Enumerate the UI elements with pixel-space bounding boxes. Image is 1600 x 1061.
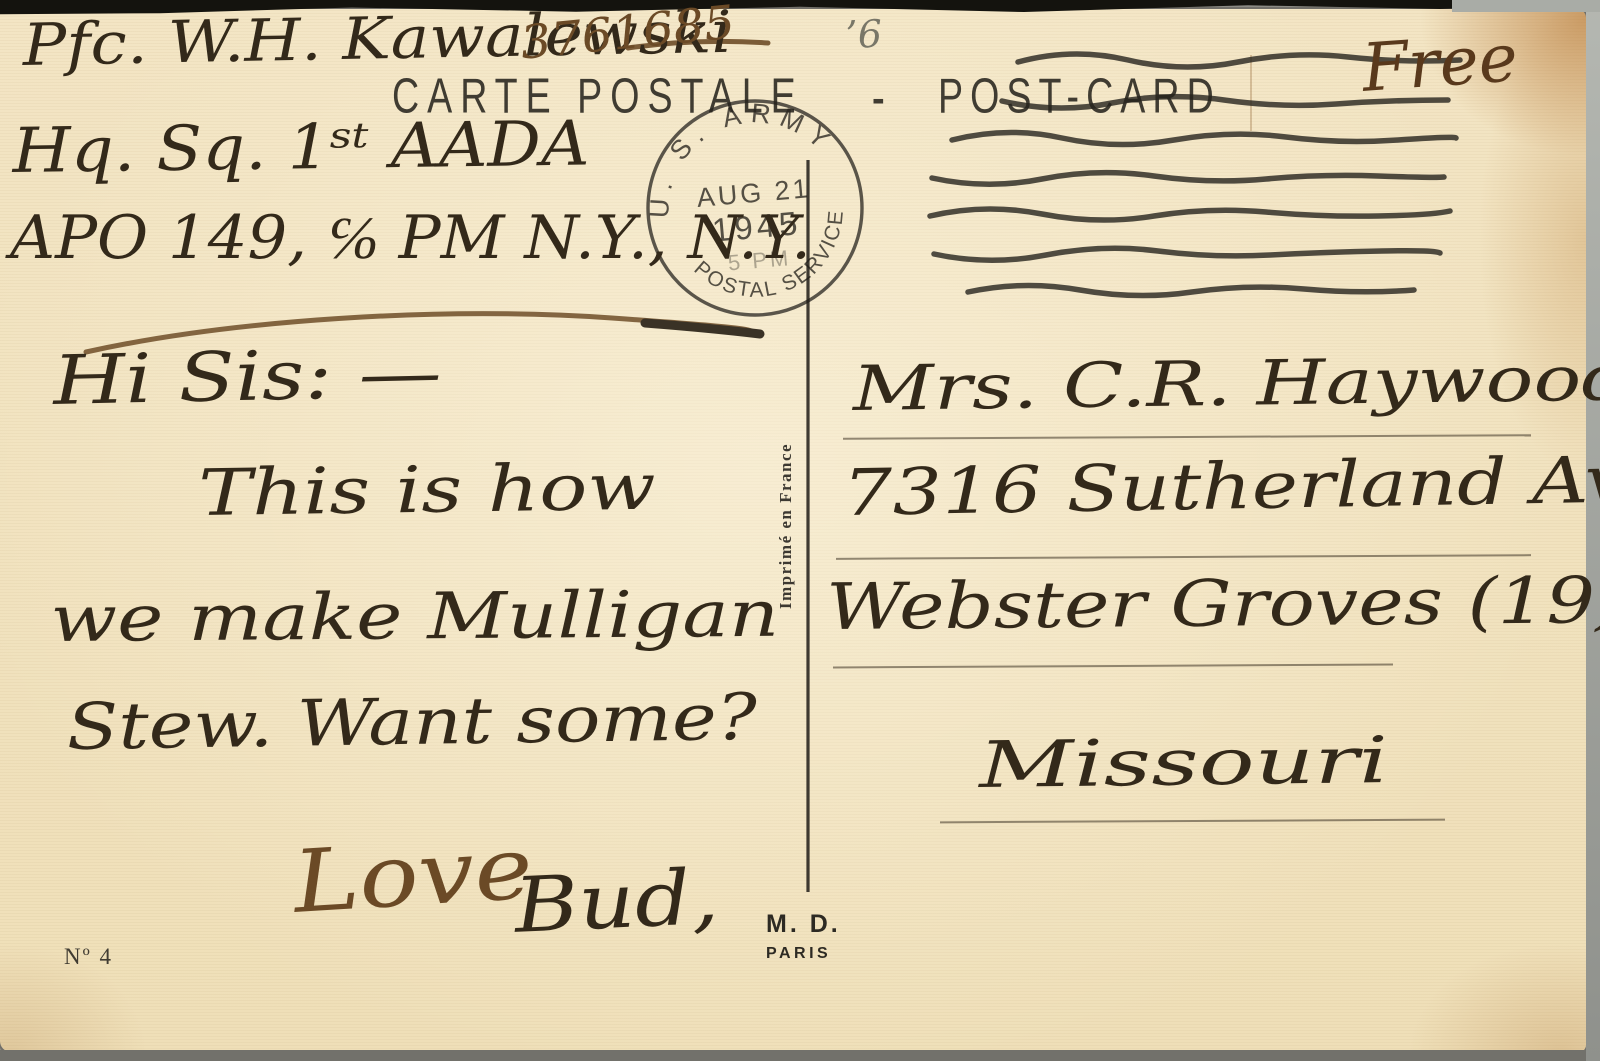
photo-edge-bottom — [0, 1050, 1586, 1061]
publisher-city-label: PARIS — [766, 945, 831, 963]
postcard-scan: CARTE POSTALE - POST-CARD Imprimé en Fra… — [0, 0, 1600, 1061]
recipient-street: 7316 Sutherland Ave — [842, 448, 1600, 526]
series-number-label: Nº 4 — [64, 944, 113, 970]
message-line: we make Mulligan — [50, 583, 779, 652]
pencil-mark: ’6 — [845, 15, 883, 54]
post-card-label: POST-CARD — [938, 70, 1221, 125]
message-closing: Love — [290, 825, 536, 925]
sender-apo-line: APO 149, ℅ PM N.Y., N.Y. — [10, 208, 811, 268]
photo-edge-top-right — [1452, 0, 1600, 12]
free-frank-marking: Free — [1360, 25, 1520, 102]
publisher-label: M. D. — [766, 910, 841, 939]
message-line: This is how — [198, 456, 657, 526]
printed-in-france-label: Imprimé en France — [776, 443, 796, 609]
message-greeting: Hi Sis: — — [52, 340, 443, 416]
recipient-city: Webster Groves (19) — [826, 569, 1600, 640]
header-separator: - — [872, 78, 885, 121]
sender-unit-line: Hq. Sq. 1ˢᵗ AADA — [12, 113, 590, 182]
recipient-name: Mrs. C.R. Haywood — [852, 347, 1600, 420]
recipient-state: Missouri — [978, 729, 1389, 798]
paper-crease — [1250, 55, 1252, 131]
message-signature: Bud, — [512, 859, 721, 944]
message-line: Stew. Want some? — [66, 686, 758, 760]
photo-edge-right — [1586, 0, 1600, 1061]
